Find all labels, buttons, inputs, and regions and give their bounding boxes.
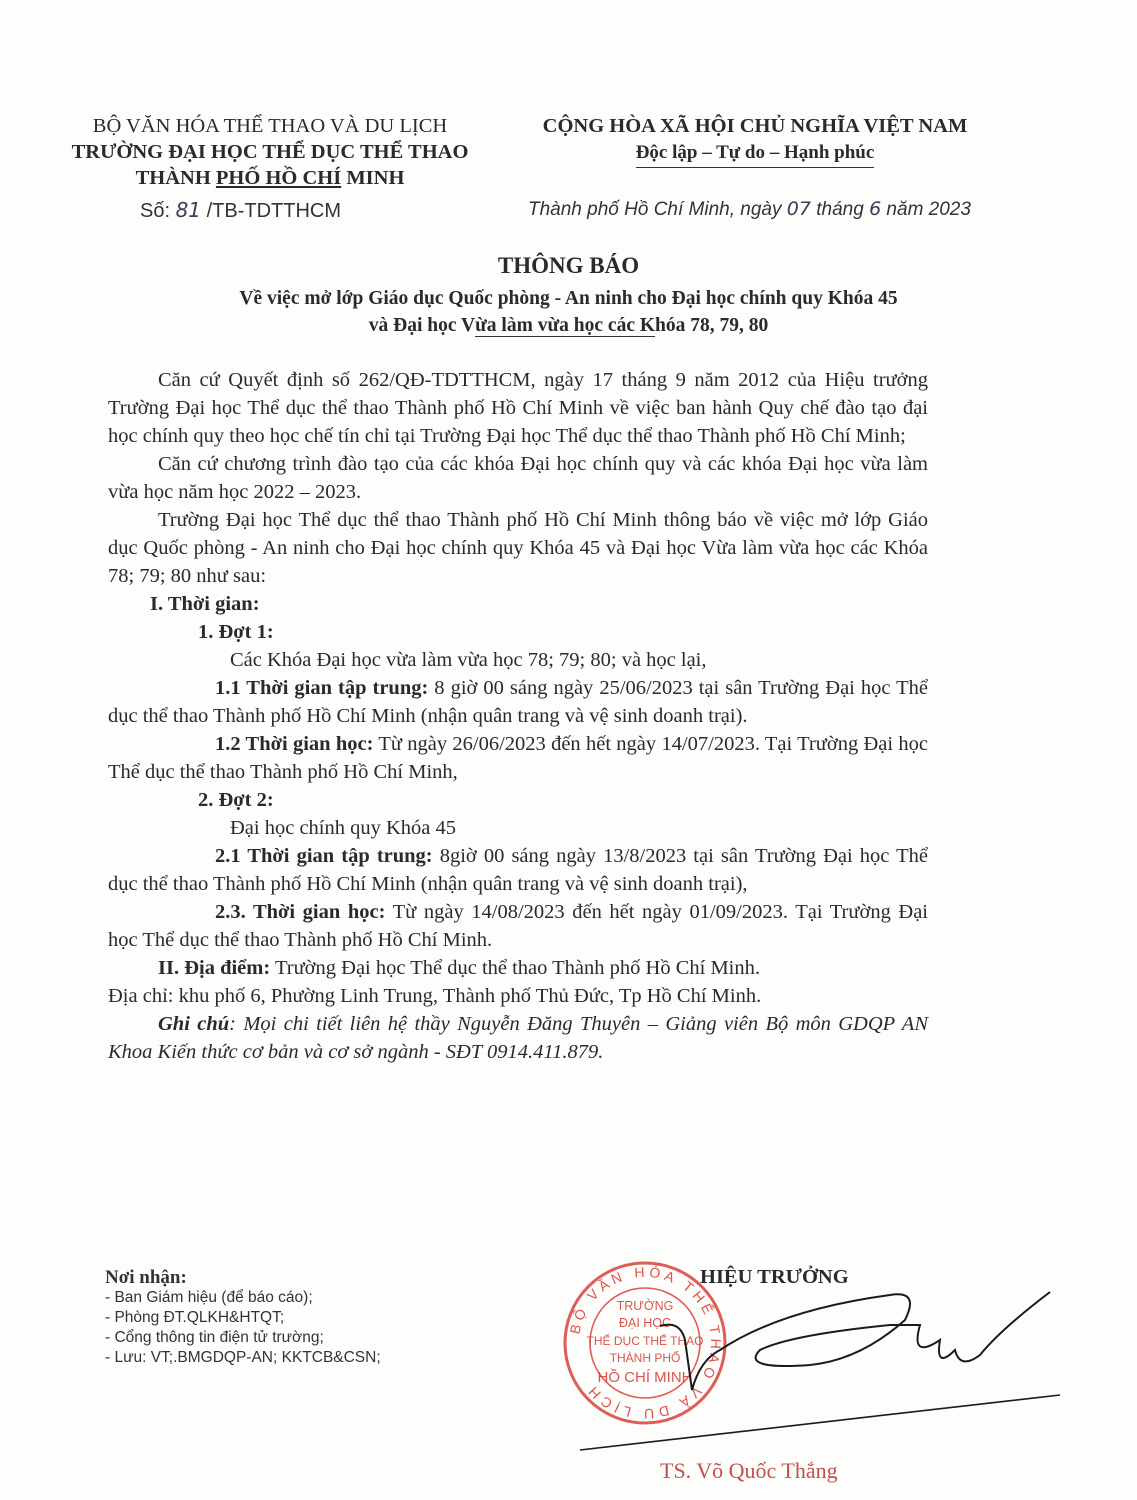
school-name-underlined: PHỐ HỒ CHÍ: [216, 167, 341, 189]
item-label: 2.1 Thời gian tập trung:: [215, 845, 433, 867]
item-label: 1.1 Thời gian tập trung:: [215, 677, 428, 699]
date-prefix: Thành phố Hồ Chí Minh, ngày: [528, 199, 787, 220]
paragraph-legal-basis-1: Căn cứ Quyết định số 262/QĐ-TDTTHCM, ngà…: [108, 366, 928, 450]
note: Ghi chú: Mọi chi tiết liên hệ thầy Nguyễ…: [108, 1010, 928, 1066]
recipients: Nơi nhận: - Ban Giám hiệu (để báo cáo); …: [105, 1268, 381, 1368]
phase2-heading: 2. Đợt 2:: [108, 786, 928, 814]
phase1-study-time: 1.2 Thời gian học: Từ ngày 26/06/2023 đế…: [108, 730, 928, 786]
phase2-description: Đại học chính quy Khóa 45: [108, 814, 928, 842]
school-name-part: THÀNH: [136, 167, 216, 189]
section-location: II. Địa điểm: Trường Đại học Thể dục thể…: [108, 954, 928, 982]
subtitle-underlined: ừa làm vừa học các K: [475, 315, 655, 337]
subtitle-line1: Về việc mở lớp Giáo dục Quốc phòng - An …: [0, 285, 1137, 312]
document-body: Căn cứ Quyết định số 262/QĐ-TDTTHCM, ngà…: [108, 366, 928, 1066]
phase1-gathering: 1.1 Thời gian tập trung: 8 giờ 00 sáng n…: [108, 674, 928, 730]
note-text: : Mọi chi tiết liên hệ thầy Nguyễn Đăng …: [108, 1013, 928, 1063]
document-subtitle: Về việc mở lớp Giáo dục Quốc phòng - An …: [0, 285, 1137, 339]
document-date: Thành phố Hồ Chí Minh, ngày 07 tháng 6 n…: [528, 198, 971, 221]
school-name-part: MINH: [341, 167, 404, 189]
note-label: Ghi chú: [158, 1013, 229, 1035]
ministry-name: BỘ VĂN HÓA THỂ THAO VÀ DU LỊCH: [60, 113, 480, 139]
school-name-line1: TRƯỜNG ĐẠI HỌC THỂ DỤC THỂ THAO: [60, 139, 480, 165]
signer-name: TS. Võ Quốc Thắng: [660, 1458, 838, 1484]
item-label: II. Địa điểm:: [158, 957, 270, 979]
document-title: THÔNG BÁO: [0, 253, 1137, 279]
subtitle-part: hóa 78, 79, 80: [655, 315, 768, 336]
phase1-description: Các Khóa Đại học vừa làm vừa học 78; 79;…: [108, 646, 928, 674]
subtitle-part: và Đại học V: [369, 315, 475, 336]
section-time-heading: I. Thời gian:: [108, 590, 928, 618]
recipient-item: - Phòng ĐT.QLKH&HTQT;: [105, 1308, 381, 1328]
address: Địa chỉ: khu phố 6, Phường Linh Trung, T…: [108, 982, 928, 1010]
phase1-heading: 1. Đợt 1:: [108, 618, 928, 646]
national-header: CỘNG HÒA XÃ HỘI CHỦ NGHĨA VIỆT NAM Độc l…: [520, 113, 990, 168]
date-day: 07: [787, 198, 811, 220]
date-year: năm 2023: [881, 199, 971, 220]
number-label: Số:: [140, 200, 176, 222]
number-handwritten: 81: [176, 198, 201, 222]
subtitle-line2: và Đại học Vừa làm vừa học các Khóa 78, …: [0, 312, 1137, 339]
recipient-item: - Cổng thông tin điện tử trường;: [105, 1328, 381, 1348]
date-month-label: tháng: [811, 199, 869, 220]
paragraph-announcement: Trường Đại học Thể dục thể thao Thành ph…: [108, 506, 928, 590]
country-name: CỘNG HÒA XÃ HỘI CHỦ NGHĨA VIỆT NAM: [520, 113, 990, 139]
number-suffix: /TB-TDTTHCM: [201, 200, 341, 222]
recipient-item: - Lưu: VT;.BMGDQP-AN; KKTCB&CSN;: [105, 1348, 381, 1368]
issuer-header: BỘ VĂN HÓA THỂ THAO VÀ DU LỊCH TRƯỜNG ĐẠ…: [60, 113, 480, 191]
recipient-item: - Ban Giám hiệu (để báo cáo);: [105, 1288, 381, 1308]
document-number: Số: 81 /TB-TDTTHCM: [140, 198, 341, 223]
recipients-heading: Nơi nhận:: [105, 1268, 381, 1288]
national-motto: Độc lập – Tự do – Hạnh phúc: [636, 140, 875, 168]
phase2-gathering: 2.1 Thời gian tập trung: 8giờ 00 sáng ng…: [108, 842, 928, 898]
handwritten-signature-icon: [560, 1250, 1080, 1460]
item-label: 1.2 Thời gian học:: [215, 733, 373, 755]
item-label: 2.3. Thời gian học:: [215, 901, 385, 923]
phase2-study-time: 2.3. Thời gian học: Từ ngày 14/08/2023 đ…: [108, 898, 928, 954]
date-month: 6: [869, 198, 881, 220]
paragraph-legal-basis-2: Căn cứ chương trình đào tạo của các khóa…: [108, 450, 928, 506]
school-name-line2: THÀNH PHỐ HỒ CHÍ MINH: [60, 165, 480, 191]
item-text: Trường Đại học Thể dục thể thao Thành ph…: [270, 957, 760, 979]
